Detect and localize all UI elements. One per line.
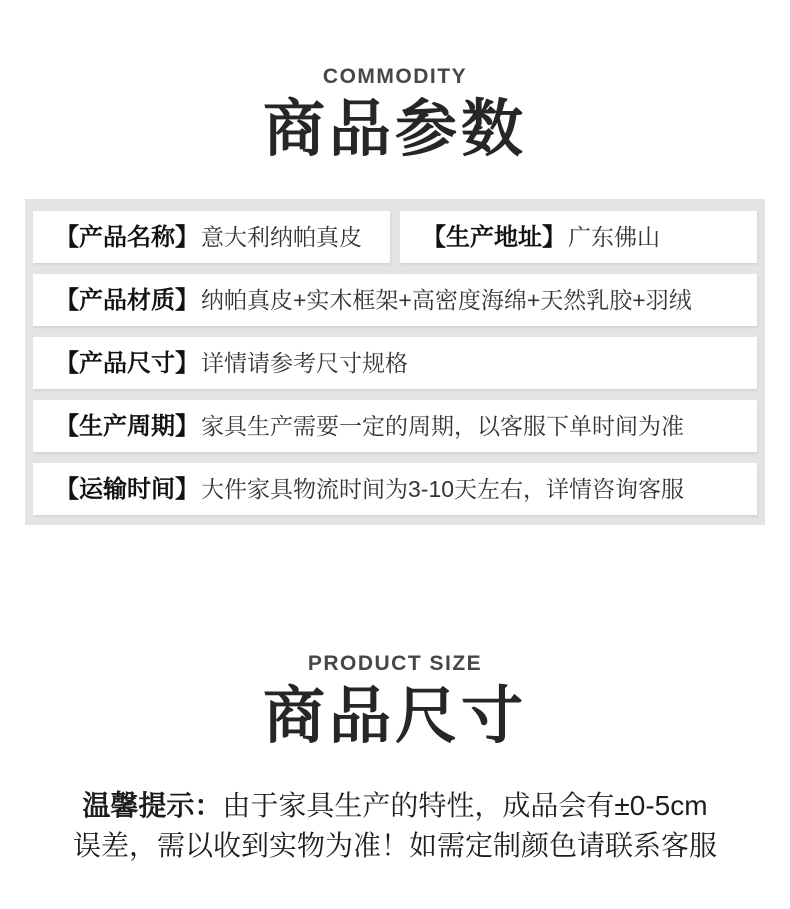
param-label: 【产品尺寸】 (55, 350, 199, 377)
param-value: 意大利纳帕真皮 (201, 224, 362, 250)
params-title: 商品参数 (0, 94, 790, 165)
param-row: 【生产周期】家具生产需要一定的周期，以客服下单时间为准 (33, 400, 757, 452)
param-cell-production-address: 【生产地址】广东佛山 (400, 211, 757, 263)
param-value: 广东佛山 (568, 224, 660, 250)
param-cell-size: 【产品尺寸】详情请参考尺寸规格 (33, 337, 757, 389)
param-value: 大件家具物流时间为3-10天左右，详情咨询客服 (201, 476, 684, 502)
notice-text: 温馨提示：由于家具生产的特性，成品会有±0-5cm 误差，需以收到实物为准！如需… (0, 786, 790, 866)
param-cell-product-name: 【产品名称】意大利纳帕真皮 (33, 211, 390, 263)
param-label: 【运输时间】 (55, 476, 199, 503)
param-label: 【产品名称】 (55, 224, 199, 251)
product-size-eyebrow: PRODUCT SIZE (0, 651, 790, 677)
param-row: 【产品尺寸】详情请参考尺寸规格 (33, 337, 757, 389)
param-row: 【运输时间】大件家具物流时间为3-10天左右，详情咨询客服 (33, 463, 757, 515)
notice-line-2: 误差，需以收到实物为准！如需定制颜色请联系客服 (0, 826, 790, 866)
size-header: PRODUCT SIZE 商品尺寸 (0, 651, 790, 752)
params-panel: 【产品名称】意大利纳帕真皮 【生产地址】广东佛山 【产品材质】纳帕真皮+实木框架… (25, 199, 765, 525)
page-root: COMMODITY 商品参数 【产品名称】意大利纳帕真皮 【生产地址】广东佛山 … (0, 0, 790, 866)
param-cell-production-cycle: 【生产周期】家具生产需要一定的周期，以客服下单时间为准 (33, 400, 757, 452)
params-header: COMMODITY 商品参数 (0, 0, 790, 165)
notice-label: 温馨提示： (82, 790, 222, 821)
param-label: 【产品材质】 (55, 287, 199, 314)
param-cell-shipping-time: 【运输时间】大件家具物流时间为3-10天左右，详情咨询客服 (33, 463, 757, 515)
param-label: 【生产地址】 (422, 224, 566, 251)
commodity-eyebrow: COMMODITY (0, 64, 790, 90)
notice-line-1: 温馨提示：由于家具生产的特性，成品会有±0-5cm (0, 786, 790, 826)
param-value: 详情请参考尺寸规格 (201, 350, 408, 376)
param-value: 纳帕真皮+实木框架+高密度海绵+天然乳胶+羽绒 (201, 287, 692, 313)
size-title: 商品尺寸 (0, 681, 790, 752)
param-label: 【生产周期】 (55, 413, 199, 440)
param-value: 家具生产需要一定的周期，以客服下单时间为准 (201, 413, 684, 439)
notice-line-1-rest: 由于家具生产的特性，成品会有±0-5cm (222, 790, 707, 821)
param-row: 【产品材质】纳帕真皮+实木框架+高密度海绵+天然乳胶+羽绒 (33, 274, 757, 326)
param-cell-material: 【产品材质】纳帕真皮+实木框架+高密度海绵+天然乳胶+羽绒 (33, 274, 757, 326)
param-row: 【产品名称】意大利纳帕真皮 【生产地址】广东佛山 (33, 211, 757, 263)
